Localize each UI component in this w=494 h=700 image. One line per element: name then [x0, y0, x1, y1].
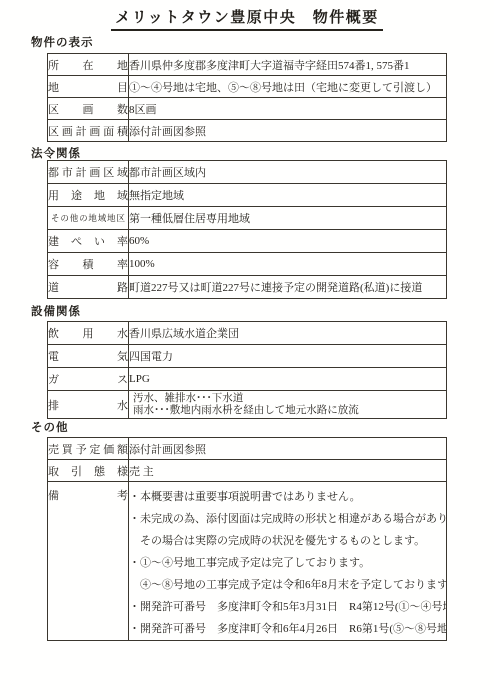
row-gas: ガス LPG	[48, 368, 447, 391]
row-label: 電気	[48, 345, 129, 368]
row-other-districts: その他の地域地区 第一種低層住居専用地域	[48, 207, 447, 230]
row-zoning: 用途地域 無指定地域	[48, 184, 447, 207]
row-remarks: 備考 ・本概要書は重要事項説明書ではありません。 ・未完成の為、添付図面は完成時…	[48, 482, 447, 641]
row-value: 香川県仲多度郡多度津町大字道福寺字経田574番1, 575番1	[129, 54, 447, 76]
row-label: 容積率	[48, 253, 129, 276]
row-planned-sale-price: 売買予定価額 添付計画図参照	[48, 438, 447, 460]
remark-line: ・開発許可番号 多度津町令和5年3月31日 R4第12号(①～④号地)	[129, 596, 446, 618]
property-overview-document: メリットタウン豊原中央 物件概要 物件の表示 所在地 香川県仲多度郡多度津町大字…	[0, 0, 494, 700]
row-value: 都市計画区域内	[129, 161, 447, 184]
facilities-table: 飲用水 香川県広域水道企業団 電気 四国電力 ガス LPG 排水 汚水、雑排水･…	[47, 321, 447, 419]
row-floor-area-ratio: 容積率 100%	[48, 253, 447, 276]
section-header-other: その他	[31, 419, 69, 435]
row-value: 60%	[129, 230, 447, 253]
row-land-category: 地目 ①～④号地は宅地、⑤～⑧号地は田（宅地に変更して引渡し）	[48, 76, 447, 98]
remark-line: ・本概要書は重要事項説明書ではありません。	[129, 486, 446, 508]
drainage-line-sewage: 汚水、雑排水･･･下水道	[133, 393, 446, 405]
document-title: メリットタウン豊原中央 物件概要	[111, 6, 382, 31]
row-label: 区画数	[48, 98, 129, 120]
remark-line: ・開発許可番号 多度津町令和6年4月26日 R6第1号(⑤～⑧号地)	[129, 618, 446, 640]
row-value: 100%	[129, 253, 447, 276]
row-label: 地目	[48, 76, 129, 98]
row-location: 所在地 香川県仲多度郡多度津町大字道福寺字経田574番1, 575番1	[48, 54, 447, 76]
row-road: 道路 町道227号又は町道227号に連接予定の開発道路(私道)に接道	[48, 276, 447, 299]
row-value: 8区画	[129, 98, 447, 120]
row-drainage: 排水 汚水、雑排水･･･下水道 雨水･･･敷地内雨水枡を経由して地元水路に放流	[48, 391, 447, 419]
row-value: 添付計画図参照	[129, 438, 447, 460]
row-label: 都市計画区域	[48, 161, 129, 184]
row-label: 区画計画面積	[48, 120, 129, 142]
row-label: 飲用水	[48, 322, 129, 345]
row-lot-plan-area: 区画計画面積 添付計画図参照	[48, 120, 447, 142]
row-label: 用途地域	[48, 184, 129, 207]
remark-line: ④～⑧号地の工事完成予定は令和6年8月末を予定しております。	[129, 574, 446, 596]
row-building-coverage-ratio: 建ぺい率 60%	[48, 230, 447, 253]
remark-line: ・①～④号地工事完成予定は完了しております。	[129, 552, 446, 574]
row-value: 無指定地域	[129, 184, 447, 207]
row-label: 排水	[48, 391, 129, 419]
section-header-property: 物件の表示	[31, 34, 94, 50]
row-value: 香川県広域水道企業団	[129, 322, 447, 345]
row-lot-count: 区画数 8区画	[48, 98, 447, 120]
legal-table: 都市計画区域 都市計画区域内 用途地域 無指定地域 その他の地域地区 第一種低層…	[47, 160, 447, 299]
row-label: 売買予定価額	[48, 438, 129, 460]
row-value: 第一種低層住居専用地域	[129, 207, 447, 230]
row-value: ①～④号地は宅地、⑤～⑧号地は田（宅地に変更して引渡し）	[129, 76, 447, 98]
section-header-legal: 法令関係	[31, 145, 81, 161]
row-value: 添付計画図参照	[129, 120, 447, 142]
row-value: 売 主	[129, 460, 447, 482]
row-label: 所在地	[48, 54, 129, 76]
row-label: 備考	[48, 482, 129, 641]
remark-line: ・未完成の為、添付図面は完成時の形状と相違がある場合があります。	[129, 508, 446, 530]
row-value: LPG	[129, 368, 447, 391]
row-label: 取引態様	[48, 460, 129, 482]
remark-line: その場合は実際の完成時の状況を優先するものとします。	[129, 530, 446, 552]
row-city-planning-area: 都市計画区域 都市計画区域内	[48, 161, 447, 184]
other-table: 売買予定価額 添付計画図参照 取引態様 売 主 備考 ・本概要書は重要事項説明書…	[47, 437, 447, 641]
row-label: ガス	[48, 368, 129, 391]
row-label: 建ぺい率	[48, 230, 129, 253]
row-value: 四国電力	[129, 345, 447, 368]
row-transaction-type: 取引態様 売 主	[48, 460, 447, 482]
title-container: メリットタウン豊原中央 物件概要	[0, 6, 494, 31]
row-label: その他の地域地区	[48, 207, 129, 230]
remarks-value: ・本概要書は重要事項説明書ではありません。 ・未完成の為、添付図面は完成時の形状…	[129, 482, 447, 641]
drainage-line-rainwater: 雨水･･･敷地内雨水枡を経由して地元水路に放流	[133, 405, 446, 417]
row-value: 町道227号又は町道227号に連接予定の開発道路(私道)に接道	[129, 276, 447, 299]
row-electricity: 電気 四国電力	[48, 345, 447, 368]
section-header-facilities: 設備関係	[31, 303, 81, 319]
row-drinking-water: 飲用水 香川県広域水道企業団	[48, 322, 447, 345]
row-label: 道路	[48, 276, 129, 299]
property-table: 所在地 香川県仲多度郡多度津町大字道福寺字経田574番1, 575番1 地目 ①…	[47, 53, 447, 142]
row-value: 汚水、雑排水･･･下水道 雨水･･･敷地内雨水枡を経由して地元水路に放流	[129, 391, 447, 419]
